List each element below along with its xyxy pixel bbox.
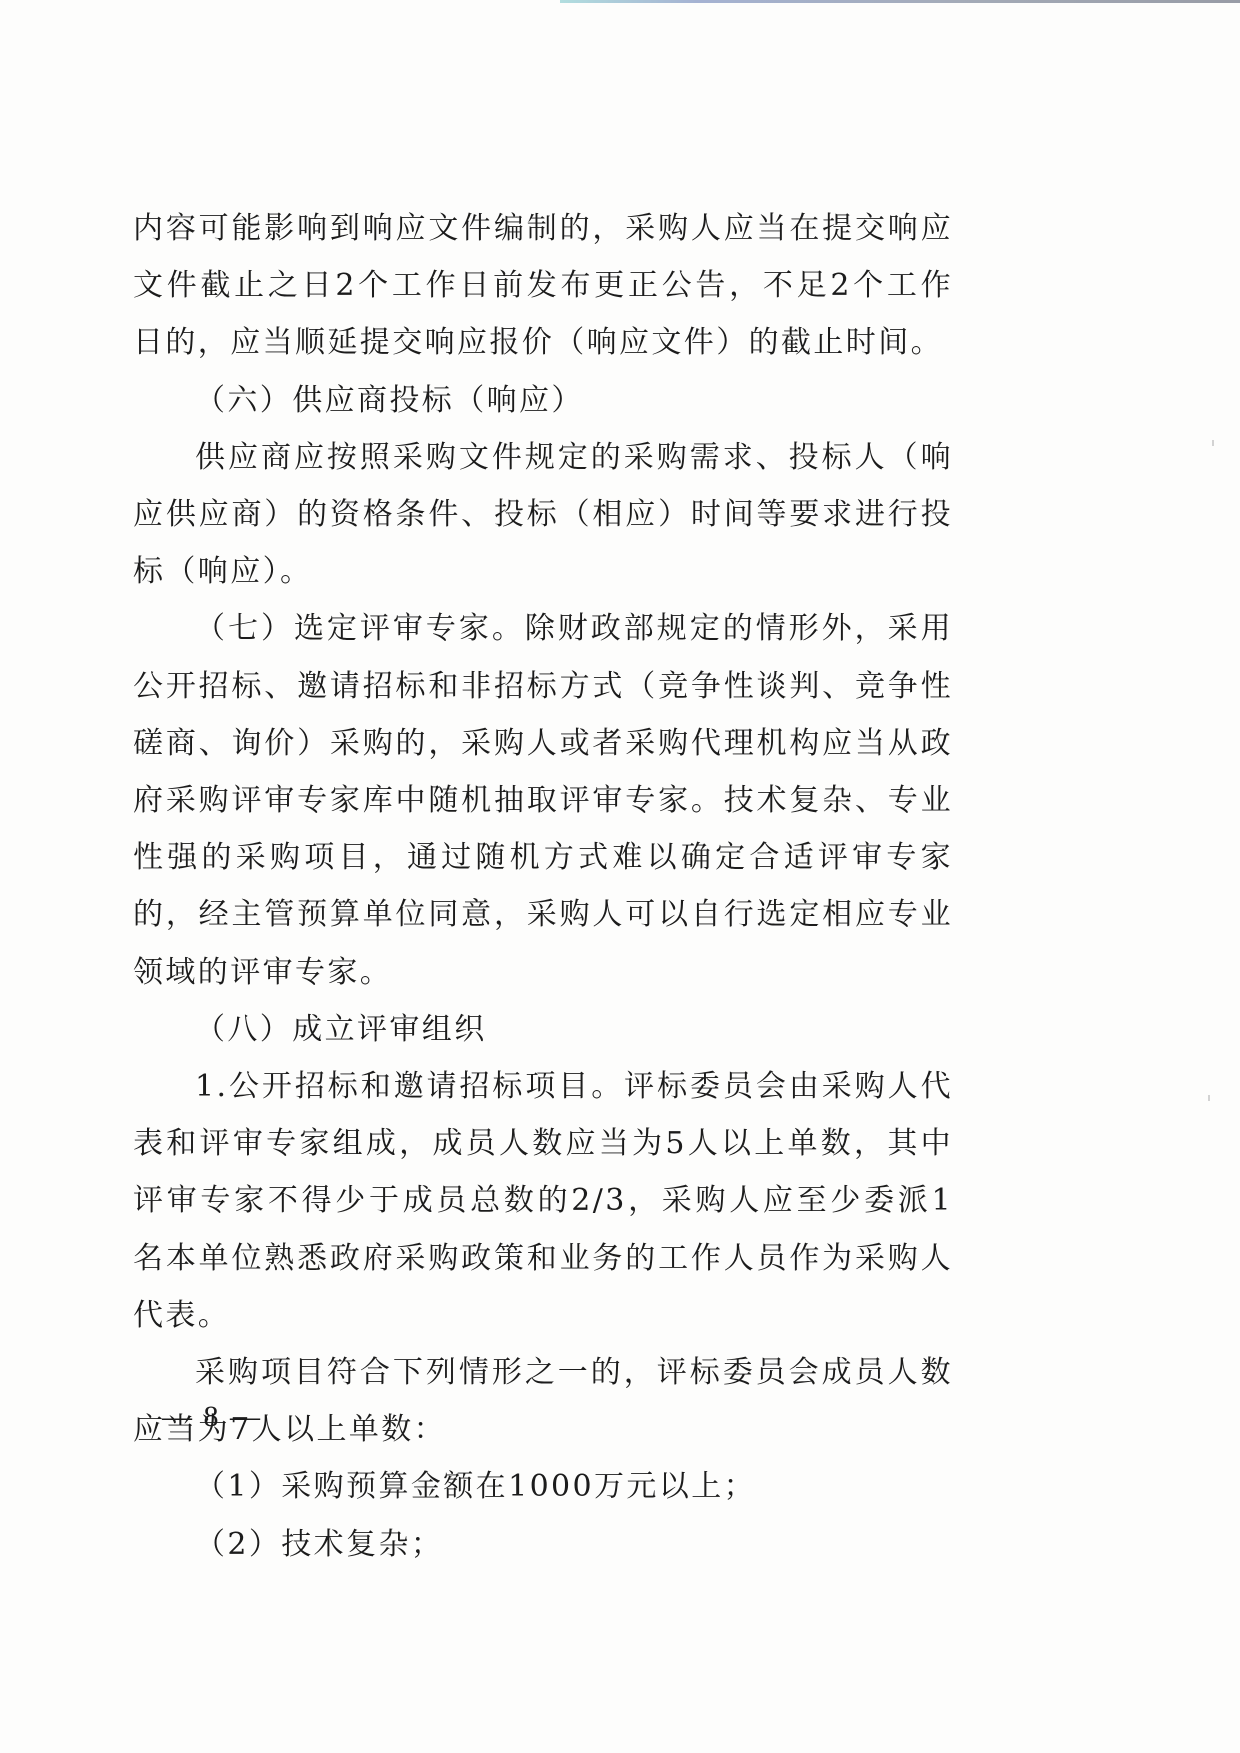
paragraph-select-experts: （七）选定评审专家。除财政部规定的情形外，采用公开招标、邀请招标和非招标方式（竞… [133, 600, 953, 1000]
section-heading-review-organization: （八）成立评审组织 [133, 1001, 953, 1058]
paragraph-public-tender-committee: 1.公开招标和邀请招标项目。评标委员会由采购人代表和评审专家组成，成员人数应当为… [133, 1058, 953, 1344]
page-number: — 8 — [162, 1400, 262, 1434]
scan-speck [1212, 440, 1214, 446]
list-item-budget: （1）采购预算金额在1000万元以上； [133, 1458, 953, 1515]
document-page-body: 内容可能影响到响应文件编制的，采购人应当在提交响应文件截止之日2个工作日前发布更… [133, 200, 953, 1573]
paragraph-supplier-bidding: 供应商应按照采购文件规定的采购需求、投标人（响应供应商）的资格条件、投标（相应）… [133, 429, 953, 601]
section-heading-supplier-bidding: （六）供应商投标（响应） [133, 372, 953, 429]
paragraph-continuation: 内容可能影响到响应文件编制的，采购人应当在提交响应文件截止之日2个工作日前发布更… [133, 200, 953, 372]
scan-speck [1208, 1095, 1210, 1101]
list-item-technical-complexity: （2）技术复杂； [133, 1516, 953, 1573]
scan-edge-artifact [560, 0, 1240, 3]
